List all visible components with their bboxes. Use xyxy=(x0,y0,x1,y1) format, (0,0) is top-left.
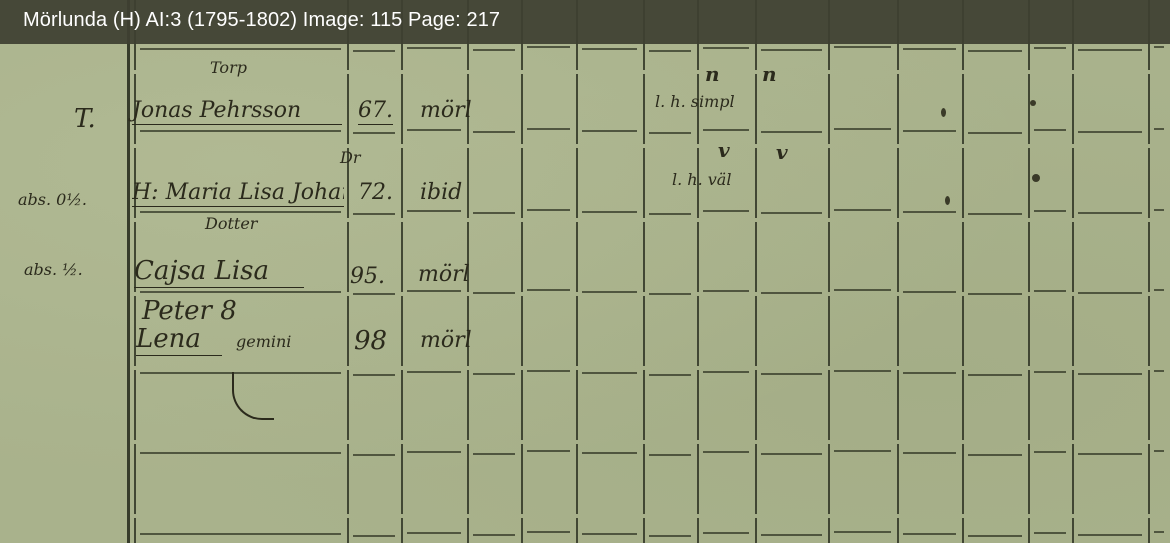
register-page: T. abs. 0½. abs. ½. Torp Jonas Pehrsson … xyxy=(0,0,1170,543)
row-rule-segment xyxy=(473,212,515,214)
row-rule-segment xyxy=(834,46,891,48)
row-rule-segment xyxy=(1078,212,1142,214)
column-rule xyxy=(1072,0,1074,543)
row-rule-segment xyxy=(1034,371,1066,373)
row-rule-segment xyxy=(140,130,341,132)
row-rule-segment xyxy=(582,452,637,454)
row-rule-segment xyxy=(968,374,1022,376)
row-rule-segment xyxy=(407,47,461,49)
row-rule-segment xyxy=(353,374,395,376)
column-rule xyxy=(697,0,699,543)
entry-name: Peter 8 xyxy=(142,296,237,326)
entry-name: H: Maria Lisa Johansd xyxy=(132,180,344,207)
row-rule-segment xyxy=(473,453,515,455)
entry-mark: n xyxy=(762,62,777,86)
row-rule-segment xyxy=(473,49,515,51)
entry-place: ibid xyxy=(420,180,462,205)
row-rule-segment xyxy=(140,452,341,454)
page-title: Mörlunda (H) AI:3 (1795-1802) Image: 115… xyxy=(23,9,500,32)
row-rule-segment xyxy=(903,130,956,132)
row-rule-segment xyxy=(834,450,891,452)
column-rule xyxy=(1148,0,1150,543)
row-rule-segment xyxy=(582,211,637,213)
row-rule-segment xyxy=(1078,49,1142,51)
row-rule-segment xyxy=(140,291,341,293)
entry-note: l. h. väl xyxy=(672,170,731,189)
row-rule-segment xyxy=(649,535,691,537)
row-rule-segment xyxy=(761,49,822,51)
entry-title-above: Dr xyxy=(340,148,360,167)
row-rule-segment xyxy=(407,371,461,373)
row-rule-segment xyxy=(649,132,691,134)
row-rule-segment xyxy=(407,210,461,212)
row-rule-segment xyxy=(649,293,691,295)
row-rule-segment xyxy=(582,291,637,293)
row-rule-segment xyxy=(407,532,461,534)
row-rule-segment xyxy=(903,452,956,454)
entry-place: mörl xyxy=(420,98,472,123)
row-rule-segment xyxy=(353,293,395,295)
ink-speck xyxy=(1030,100,1036,106)
row-rule-segment xyxy=(649,374,691,376)
row-rule-segment xyxy=(1154,46,1164,48)
column-rule xyxy=(521,0,523,543)
row-rule-segment xyxy=(527,128,570,130)
row-rule-segment xyxy=(1154,209,1164,211)
row-rule-segment xyxy=(582,372,637,374)
row-rule-segment xyxy=(903,533,956,535)
row-rule-segment xyxy=(353,454,395,456)
entry-year: 67. xyxy=(358,98,393,125)
entry-note: l. h. simpl xyxy=(655,92,735,111)
entry-year: 98 xyxy=(354,326,387,356)
row-rule-segment xyxy=(527,289,570,291)
column-rule xyxy=(828,0,830,543)
row-rule-segment xyxy=(407,290,461,292)
row-rule-segment xyxy=(761,212,822,214)
row-rule-segment xyxy=(703,451,749,453)
row-rule-segment xyxy=(527,46,570,48)
row-rule-segment xyxy=(140,211,341,213)
row-rule-segment xyxy=(834,289,891,291)
row-rule-segment xyxy=(703,371,749,373)
row-rule-segment xyxy=(968,50,1022,52)
row-rule-segment xyxy=(761,534,822,536)
row-rule-segment xyxy=(649,50,691,52)
entry-name-below: Dotter xyxy=(205,214,257,233)
row-rule-segment xyxy=(1034,210,1066,212)
row-rule-segment xyxy=(761,373,822,375)
row-rule-segment xyxy=(968,132,1022,134)
row-rule-segment xyxy=(353,132,395,134)
row-rule-segment xyxy=(1078,373,1142,375)
ink-speck xyxy=(1032,174,1040,182)
row-rule-segment xyxy=(903,372,956,374)
row-rule-segment xyxy=(140,48,341,50)
row-rule-segment xyxy=(473,534,515,536)
row-rule-segment xyxy=(703,290,749,292)
margin-rule-outer xyxy=(127,0,130,543)
row-rule-segment xyxy=(527,531,570,533)
row-rule-segment xyxy=(1154,370,1164,372)
row-rule-segment xyxy=(1154,450,1164,452)
bracket-flourish xyxy=(232,372,274,420)
entry-name-line2: Lena xyxy=(136,324,222,356)
row-rule-segment xyxy=(968,213,1022,215)
margin-note: T. xyxy=(74,104,96,134)
row-rule-segment xyxy=(703,532,749,534)
row-rule-segment xyxy=(834,128,891,130)
row-rule-segment xyxy=(473,131,515,133)
column-rule xyxy=(347,0,349,543)
row-rule-segment xyxy=(834,531,891,533)
row-rule-segment xyxy=(527,209,570,211)
header-bar: Mörlunda (H) AI:3 (1795-1802) Image: 115… xyxy=(0,0,1170,44)
entry-place: mörl xyxy=(420,328,472,353)
row-rule-segment xyxy=(761,292,822,294)
row-rule-segment xyxy=(353,50,395,52)
entry-year: 95. xyxy=(350,264,385,289)
row-rule-segment xyxy=(407,451,461,453)
row-rule-segment xyxy=(903,291,956,293)
row-rule-segment xyxy=(1078,534,1142,536)
row-rule-segment xyxy=(353,535,395,537)
column-rule xyxy=(1028,0,1030,543)
row-rule-segment xyxy=(1078,131,1142,133)
row-rule-segment xyxy=(473,373,515,375)
row-rule-segment xyxy=(1154,289,1164,291)
row-rule-segment xyxy=(582,533,637,535)
entry-mark: n xyxy=(705,62,720,86)
row-rule-segment xyxy=(1154,531,1164,533)
row-rule-segment xyxy=(582,48,637,50)
column-rule xyxy=(897,0,899,543)
row-rule-segment xyxy=(761,453,822,455)
row-rule-segment xyxy=(649,454,691,456)
margin-note: abs. ½. xyxy=(24,260,83,279)
row-rule-segment xyxy=(761,131,822,133)
ink-speck xyxy=(941,108,946,117)
row-rule-segment xyxy=(1034,47,1066,49)
row-rule-segment xyxy=(703,129,749,131)
entry-place: mörl xyxy=(418,262,470,287)
ink-speck xyxy=(945,196,950,205)
column-rule xyxy=(962,0,964,543)
row-rule-segment xyxy=(834,209,891,211)
row-rule-segment xyxy=(1034,532,1066,534)
row-rule-segment xyxy=(1034,451,1066,453)
row-rule-segment xyxy=(1078,292,1142,294)
column-rule xyxy=(401,0,403,543)
row-rule-segment xyxy=(903,48,956,50)
column-rule xyxy=(576,0,578,543)
row-rule-segment xyxy=(1154,128,1164,130)
row-rule-segment xyxy=(834,370,891,372)
row-rule-segment xyxy=(968,293,1022,295)
row-rule-segment xyxy=(353,213,395,215)
row-rule-segment xyxy=(649,213,691,215)
margin-note: abs. 0½. xyxy=(18,190,87,209)
row-rule-segment xyxy=(1034,129,1066,131)
entry-mark: v xyxy=(776,140,788,164)
row-rule-segment xyxy=(703,210,749,212)
entry-name: Cajsa Lisa xyxy=(134,256,304,288)
column-rule xyxy=(643,0,645,543)
entry-annotation: gemini xyxy=(236,332,291,351)
row-rule-segment xyxy=(473,292,515,294)
row-rule-segment xyxy=(527,450,570,452)
row-rule-segment xyxy=(527,370,570,372)
entry-year: 72. xyxy=(358,180,393,205)
entry-name: Jonas Pehrsson xyxy=(132,98,342,125)
row-rule-segment xyxy=(1078,453,1142,455)
row-rule-segment xyxy=(1034,290,1066,292)
row-rule-segment xyxy=(407,129,461,131)
column-rule xyxy=(755,0,757,543)
entry-mark: v xyxy=(718,138,730,162)
row-rule-segment xyxy=(703,47,749,49)
row-rule-segment xyxy=(582,130,637,132)
row-rule-segment xyxy=(968,454,1022,456)
row-rule-segment xyxy=(140,533,341,535)
entry-title-above: Torp xyxy=(210,58,247,77)
row-rule-segment xyxy=(903,211,956,213)
row-rule-segment xyxy=(968,535,1022,537)
